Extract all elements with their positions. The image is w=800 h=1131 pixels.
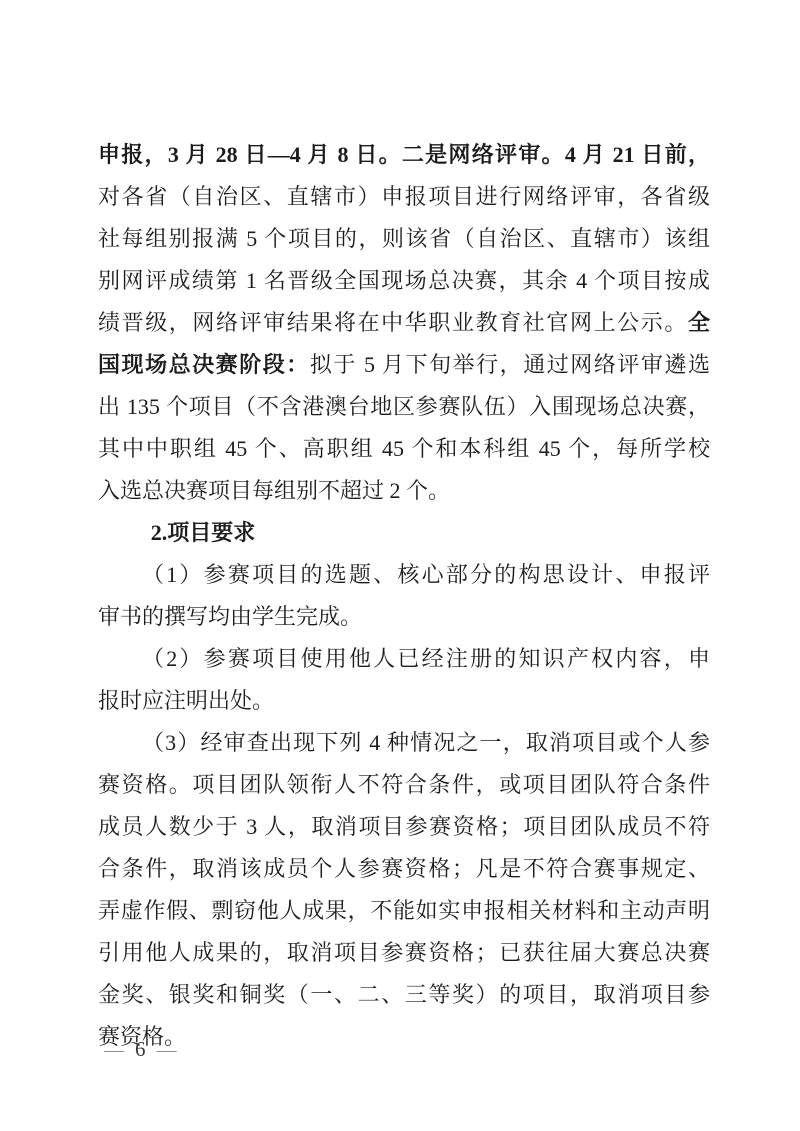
- text-segment: 合条件，取消该成员个人参赛资格；凡是不符合赛事规定、: [98, 856, 710, 881]
- text-segment: 其中中职组 45 个、高职组 45 个和本科组 45 个，每所学校: [98, 436, 710, 461]
- bold-text-segment: 2.项目要求: [151, 520, 256, 545]
- text-line: 国现场总决赛阶段：拟于 5 月下旬举行，通过网络评审遴选: [98, 344, 710, 386]
- text-segment: 赛资格。项目团队领衔人不符合条件，或项目团队符合条件: [98, 772, 710, 797]
- footer-dash-left: —: [104, 1039, 124, 1061]
- page-number: 6: [135, 1037, 146, 1061]
- text-line: 弄虚作假、剽窃他人成果，不能如实申报相关材料和主动声明: [98, 890, 710, 932]
- footer-dash-right: —: [157, 1039, 177, 1061]
- text-line: 申报，3 月 28 日—4 月 8 日。二是网络评审。4 月 21 日前，: [98, 134, 710, 176]
- text-line: 赛资格。项目团队领衔人不符合条件，或项目团队符合条件: [98, 764, 710, 806]
- text-segment: 成员人数少于 3 人，取消项目参赛资格；项目团队成员不符: [98, 814, 710, 839]
- text-body: 申报，3 月 28 日—4 月 8 日。二是网络评审。4 月 21 日前，对各省…: [98, 134, 710, 1058]
- bold-text-segment: 全: [688, 310, 710, 335]
- text-segment: 金奖、银奖和铜奖（一、二、三等奖）的项目，取消项目参: [98, 982, 710, 1007]
- page-footer: —6—: [104, 1036, 177, 1063]
- text-line: 2.项目要求: [98, 512, 710, 554]
- bold-text-segment: 国现场总决赛阶段：: [98, 352, 310, 377]
- text-segment: 审书的撰写均由学生完成。: [98, 604, 362, 629]
- text-line: 报时应注明出处。: [98, 680, 710, 722]
- text-line: 社每组别报满 5 个项目的，则该省（自治区、直辖市）该组: [98, 218, 710, 260]
- text-line: （2）参赛项目使用他人已经注册的知识产权内容，申: [98, 638, 710, 680]
- text-line: 入选总决赛项目每组别不超过 2 个。: [98, 470, 710, 512]
- bold-text-segment: 申报，3 月 28 日—4 月 8 日。二是网络评审。4 月 21 日前，: [98, 142, 710, 167]
- text-segment: 出 135 个项目（不含港澳台地区参赛队伍）入围现场总决赛，: [98, 394, 710, 419]
- text-segment: 引用他人成果的，取消项目参赛资格；已获往届大赛总决赛: [98, 940, 710, 965]
- text-line: 引用他人成果的，取消项目参赛资格；已获往届大赛总决赛: [98, 932, 710, 974]
- text-segment: 弄虚作假、剽窃他人成果，不能如实申报相关材料和主动声明: [98, 898, 710, 923]
- text-segment: 对各省（自治区、直辖市）申报项目进行网络评审，各省级: [98, 184, 710, 209]
- text-segment: （3）经审查出现下列 4 种情况之一，取消项目或个人参: [142, 730, 710, 755]
- text-line: 别网评成绩第 1 名晋级全国现场总决赛，其余 4 个项目按成: [98, 260, 710, 302]
- text-segment: 拟于 5 月下旬举行，通过网络评审遴选: [310, 352, 710, 377]
- text-segment: 入选总决赛项目每组别不超过 2 个。: [98, 478, 450, 503]
- text-line: 金奖、银奖和铜奖（一、二、三等奖）的项目，取消项目参: [98, 974, 710, 1016]
- text-line: 审书的撰写均由学生完成。: [98, 596, 710, 638]
- text-segment: （2）参赛项目使用他人已经注册的知识产权内容，申: [142, 646, 710, 671]
- text-line: 合条件，取消该成员个人参赛资格；凡是不符合赛事规定、: [98, 848, 710, 890]
- text-line: 绩晋级，网络评审结果将在中华职业教育社官网上公示。全: [98, 302, 710, 344]
- text-segment: 别网评成绩第 1 名晋级全国现场总决赛，其余 4 个项目按成: [98, 268, 710, 293]
- text-line: 对各省（自治区、直辖市）申报项目进行网络评审，各省级: [98, 176, 710, 218]
- text-line: 成员人数少于 3 人，取消项目参赛资格；项目团队成员不符: [98, 806, 710, 848]
- text-segment: 报时应注明出处。: [98, 688, 274, 713]
- text-line: 出 135 个项目（不含港澳台地区参赛队伍）入围现场总决赛，: [98, 386, 710, 428]
- document-page: 申报，3 月 28 日—4 月 8 日。二是网络评审。4 月 21 日前，对各省…: [0, 0, 800, 1131]
- text-line: （3）经审查出现下列 4 种情况之一，取消项目或个人参: [98, 722, 710, 764]
- text-line: （1）参赛项目的选题、核心部分的构思设计、申报评: [98, 554, 710, 596]
- text-segment: （1）参赛项目的选题、核心部分的构思设计、申报评: [142, 562, 710, 587]
- text-line: 其中中职组 45 个、高职组 45 个和本科组 45 个，每所学校: [98, 428, 710, 470]
- text-line: 赛资格。: [98, 1016, 710, 1058]
- text-segment: 社每组别报满 5 个项目的，则该省（自治区、直辖市）该组: [98, 226, 710, 251]
- text-segment: 绩晋级，网络评审结果将在中华职业教育社官网上公示。: [98, 310, 688, 335]
